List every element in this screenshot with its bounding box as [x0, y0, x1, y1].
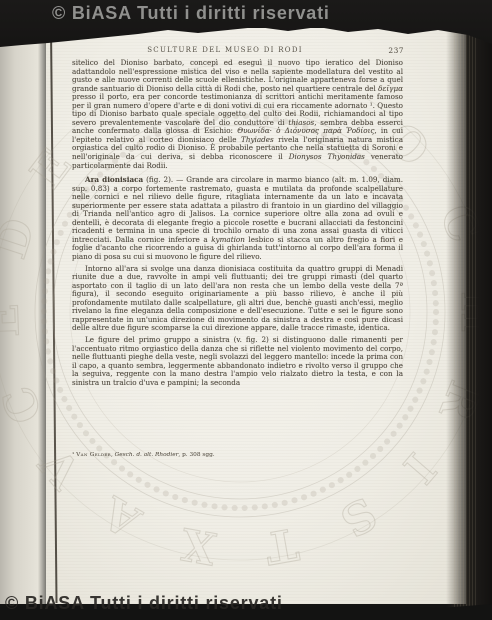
footnote-pages: , p. 308 sgg. — [178, 452, 214, 458]
page-number: 237 — [388, 46, 404, 55]
paragraph: Intorno all'ara si svolge una danza dion… — [72, 265, 403, 333]
paragraph-text: sitelico del Dioniso barbato, concepì ed… — [72, 58, 403, 93]
scanned-book-page: O C H R I S T X A V C E D E SCULTURE DEL… — [0, 0, 492, 620]
italic-term: Dionysos Thyonidas — [289, 152, 365, 161]
body-text: sitelico del Dioniso barbato, concepì ed… — [72, 59, 403, 390]
paragraph-text: (fig. 2). — Grande ara circolare in marm… — [72, 175, 403, 244]
page-gutter-shadow — [0, 28, 54, 604]
page-header: SCULTURE DEL MUSEO DI RODI 237 — [72, 46, 404, 58]
paragraph: Le figure del primo gruppo a sinistra (v… — [72, 336, 403, 387]
paragraph: sitelico del Dioniso barbato, concepì ed… — [72, 59, 403, 170]
footnote-title: Gesch. d. alt. Rhodier — [115, 452, 179, 458]
paragraph: Ara dionisiaca (fig. 2). — Grande ara ci… — [72, 176, 403, 261]
footnote: ¹ Van Gelder, Gesch. d. alt. Rhodier, p.… — [72, 452, 403, 459]
book-edge-right — [446, 0, 492, 620]
running-head: SCULTURE DEL MUSEO DI RODI — [72, 46, 378, 54]
footnote-author: Van Gelder — [76, 452, 111, 458]
